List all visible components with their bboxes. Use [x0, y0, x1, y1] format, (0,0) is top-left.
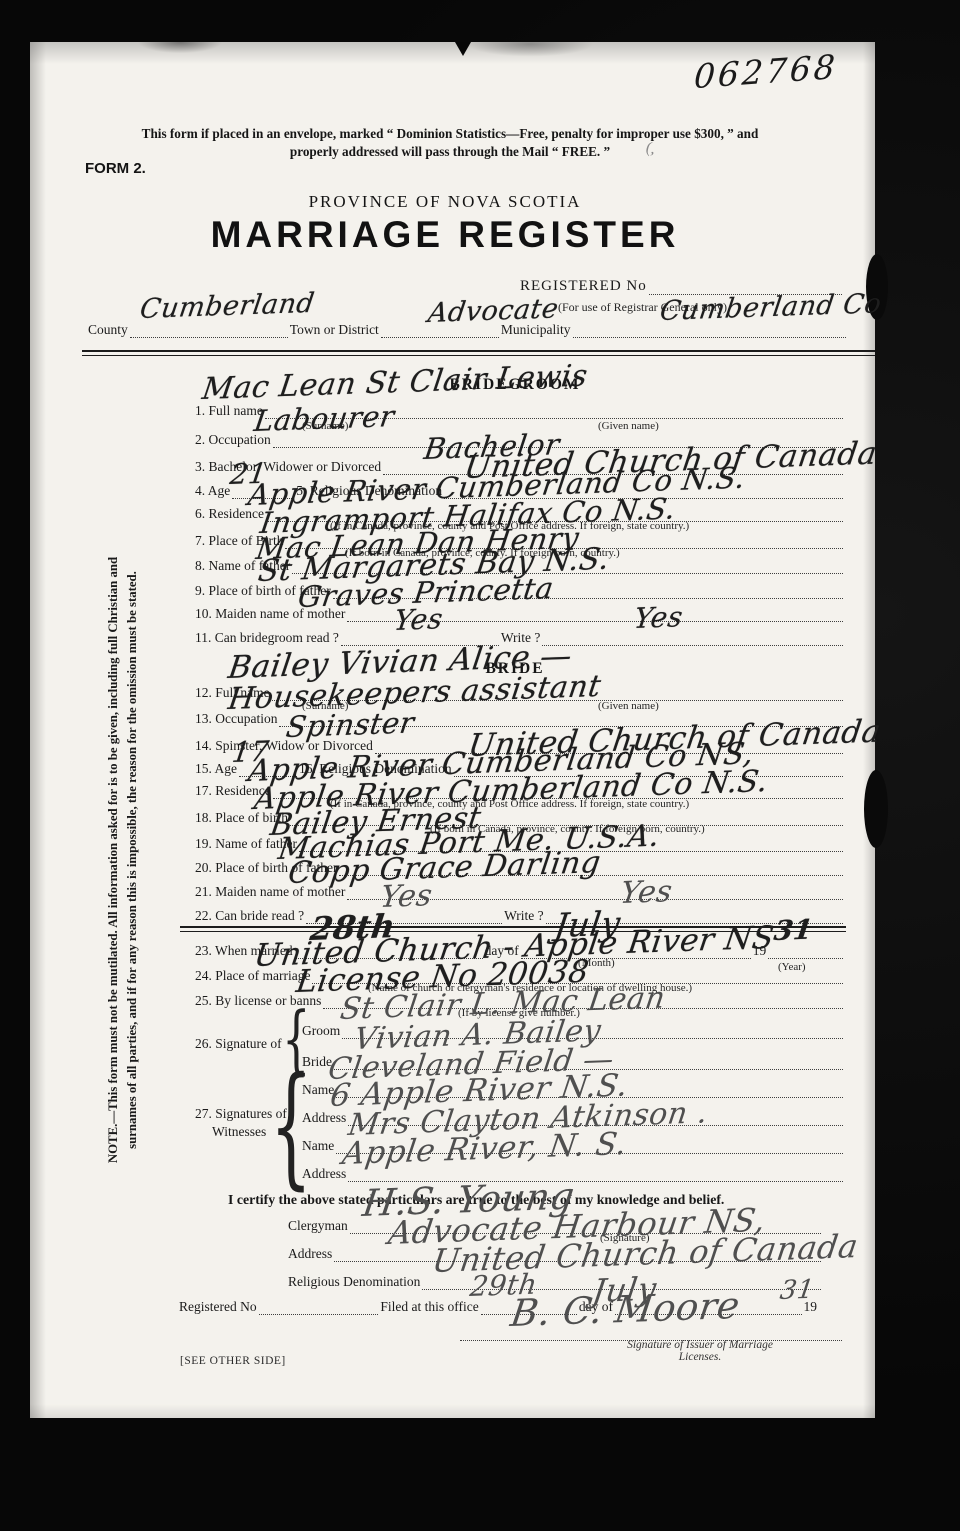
side-note-line2: surnames of all parties, and if for any … [123, 540, 142, 1180]
province-heading: PROVINCE OF NOVA SCOTIA [50, 192, 840, 212]
filed-year-value: 31 [778, 1275, 816, 1306]
stamped-serial-number: 062768 [693, 47, 839, 96]
bg-occupation-value: Labourer [252, 399, 397, 438]
side-note: NOTE.—This form must not be mutilated. A… [104, 540, 160, 1180]
witnesses-label-line2: Witnesses [212, 1124, 266, 1140]
registered-no-footer-blank [259, 1303, 379, 1315]
religious-denomination-label: Religious Denomination [288, 1274, 420, 1290]
page-title: MARRIAGE REGISTER [50, 214, 840, 256]
issuer-signature-value: B. C. Moore [508, 1284, 743, 1335]
when-married-year-value: 31 [772, 914, 815, 947]
br-can-read-label: 22. Can bride read ? [195, 908, 304, 924]
br-write-value: Yes [618, 874, 675, 911]
county-label: County [88, 322, 128, 338]
bg-can-read-value: Yes [392, 602, 445, 637]
br-write-label: Write ? [504, 908, 544, 924]
marriage-register-page: 062768 (, This form if placed in an enve… [30, 42, 875, 1418]
section-divider [82, 350, 875, 356]
envelope-note-line2: properly addressed will pass through the… [80, 144, 820, 160]
bg-write-value: Yes [632, 600, 685, 635]
see-other-side-note: [SEE OTHER SIDE] [180, 1355, 286, 1367]
registered-no-footer-label: Registered No [179, 1299, 257, 1315]
filed-at-office-label: Filed at this office [380, 1299, 478, 1315]
signature-of-label: 26. Signature of [195, 1036, 282, 1052]
envelope-note-line1: This form if placed in an envelope, mark… [80, 126, 820, 142]
county-value: Cumberland [138, 288, 317, 325]
town-district-value: Advocate [426, 293, 561, 329]
bg-write-blank [542, 634, 843, 646]
groom-signature-label: Groom [302, 1023, 340, 1039]
clergyman-label: Clergyman [288, 1218, 348, 1234]
issuer-signature-caption: Signature of Issuer of Marriage Licenses… [605, 1339, 795, 1363]
bg-age-label: 4. Age [195, 483, 230, 499]
bg-status-label: 3. Bachelor, Widower or Divorced [195, 459, 381, 475]
municipality-value: Cumberland Co [658, 288, 883, 327]
municipality-blank [573, 326, 846, 338]
town-district-label: Town or District [290, 322, 379, 338]
br-status-value: Spinster [284, 705, 417, 744]
registered-no-label: REGISTERED No [520, 278, 647, 295]
witness2-name-label: Name [302, 1138, 334, 1154]
bg-can-read-label: 11. Can bridegroom read ? [195, 630, 339, 646]
side-note-line1: NOTE.—This form must not be mutilated. A… [104, 540, 123, 1180]
paper-tear-mark [455, 42, 471, 56]
paper-edge-notch [864, 770, 888, 848]
form-number-label: FORM 2. [85, 160, 146, 177]
clergyman-address-label: Address [288, 1246, 332, 1262]
bg-givenname-caption: (Given name) [598, 420, 659, 432]
county-blank [130, 326, 288, 338]
when-married-year-blank [768, 947, 843, 959]
